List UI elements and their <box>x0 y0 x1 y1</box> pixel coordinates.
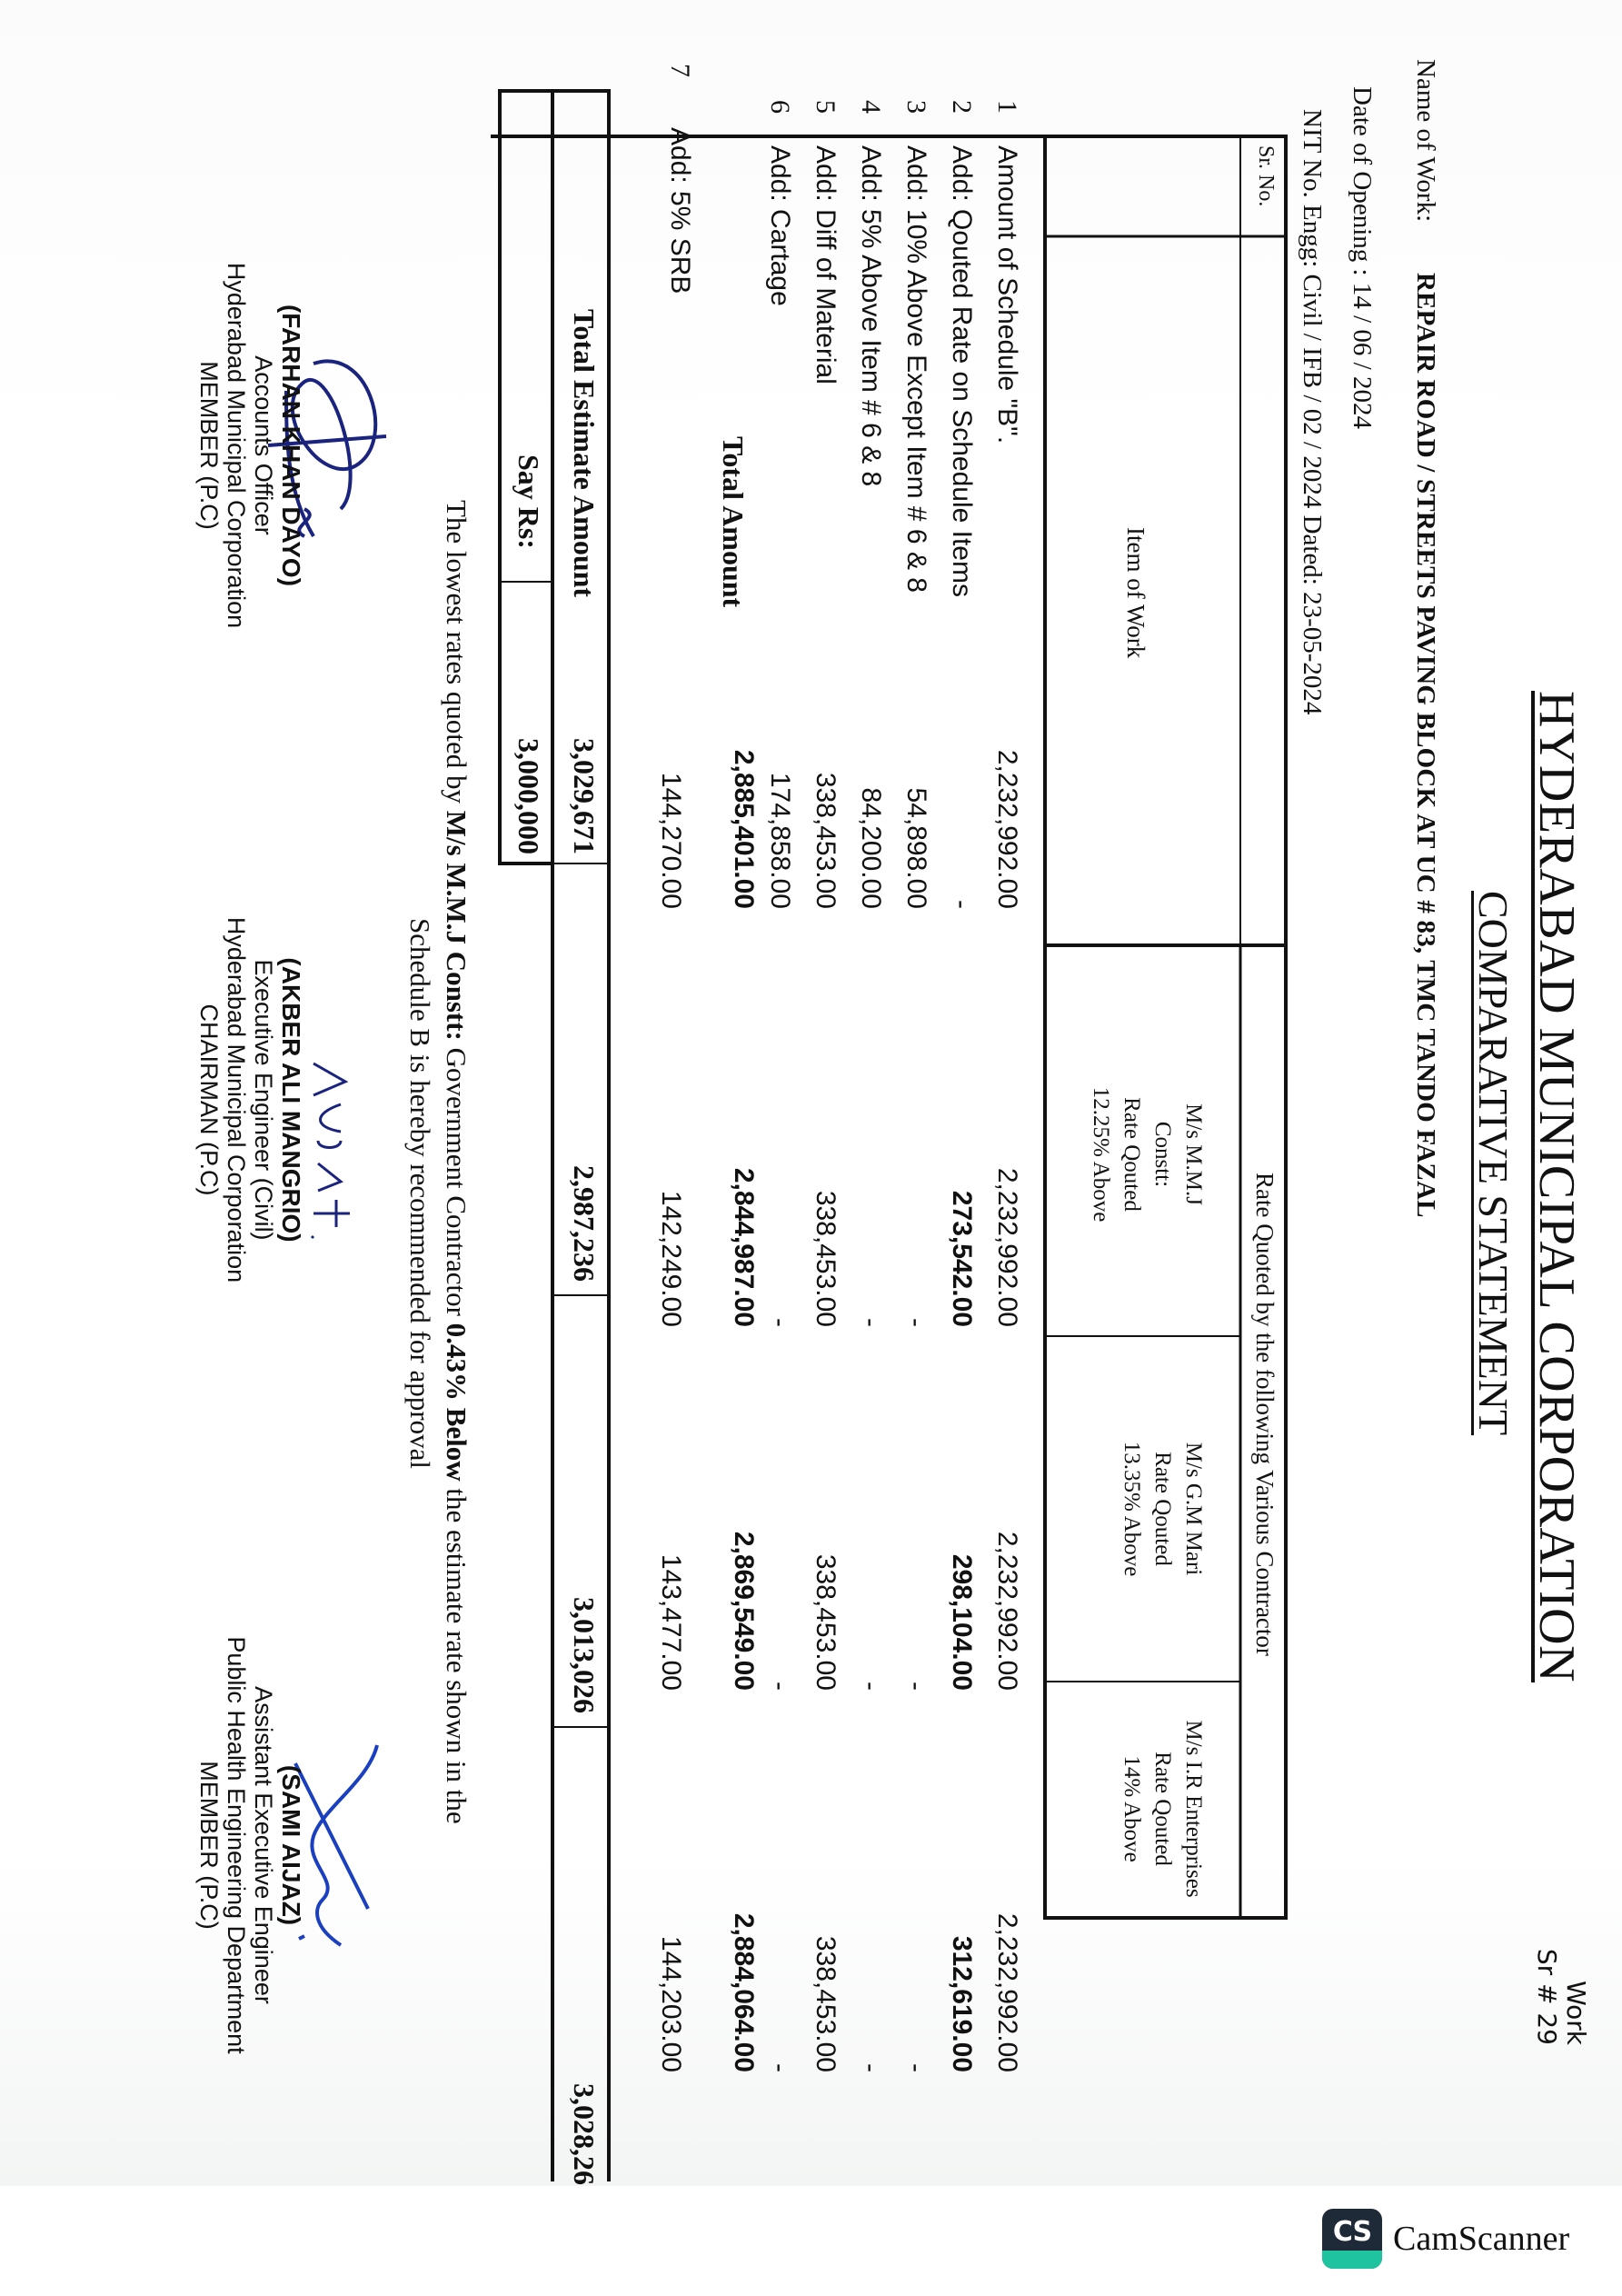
signatory-1-name: (FARHAN KHAN DAYO) <box>277 255 304 636</box>
remark-suffix: the estimate rate shown in the <box>441 1482 473 1824</box>
comparative-statement-document: Work Sr # 29 HYDERABAD MUNICIPAL CORPORA… <box>0 0 1622 2181</box>
camscanner-name: CamScanner <box>1393 2219 1569 2259</box>
camscanner-watermark: CS CamScanner <box>1322 2209 1569 2269</box>
logo-band <box>1322 2251 1382 2269</box>
total-estimate-value: 3,029,671 <box>567 591 601 854</box>
signatory-1-org: Hyderabad Municipal Corporation <box>223 255 250 636</box>
total-contractor-1: 2,987,236 <box>567 1018 601 1282</box>
total-contractor-2: 3,013,026 <box>567 1450 601 1713</box>
signatory-3-org: Public Health Engineering Department <box>223 1627 250 2063</box>
signatory-2-role: CHAIRMAN (P.C) <box>195 909 223 1291</box>
logo-text: CS <box>1322 2216 1382 2248</box>
remark-percent: 0.43% Below <box>441 1323 473 1482</box>
remark-mid: Government Contractor <box>441 1041 473 1323</box>
signatory-2-title: Executive Engineer (Civil) <box>250 909 277 1291</box>
recommendation-line-2: Schedule B is hereby recommended for app… <box>403 918 436 1469</box>
signatory-3-name: (SAMI AIJAZ) <box>277 1627 304 2063</box>
total-estimate-label: Total Estimate Amount <box>567 309 601 597</box>
signatory-1: (FARHAN KHAN DAYO) Accounts Officer Hyde… <box>195 255 304 636</box>
signatory-1-title: Accounts Officer <box>250 255 277 636</box>
say-rs-label: Say Rs: <box>512 454 545 549</box>
remark-prefix: The lowest rates quoted by <box>441 500 473 811</box>
signatory-2-org: Hyderabad Municipal Corporation <box>223 909 250 1291</box>
signatory-1-role: MEMBER (P.C) <box>195 255 223 636</box>
remark-contractor: M/s M.M.J Constt: <box>441 811 473 1041</box>
camscanner-logo-icon: CS <box>1322 2209 1382 2269</box>
say-rs-value: 3,000,000 <box>512 591 545 854</box>
scanned-page: Work Sr # 29 HYDERABAD MUNICIPAL CORPORA… <box>0 0 1622 2186</box>
signatory-2-name: (AKBER ALI MANGRIO) <box>277 909 304 1291</box>
signatory-2: (AKBER ALI MANGRIO) Executive Engineer (… <box>195 909 304 1291</box>
signatory-3: (SAMI AIJAZ) Assistant Executive Enginee… <box>195 1627 304 2063</box>
signatory-3-title: Assistant Executive Engineer <box>250 1627 277 2063</box>
recommendation-line-1: The lowest rates quoted by M/s M.M.J Con… <box>440 500 473 1824</box>
total-contractor-3: 3,028,267 <box>567 1936 601 2186</box>
signatory-3-role: MEMBER (P.C) <box>195 1627 223 2063</box>
